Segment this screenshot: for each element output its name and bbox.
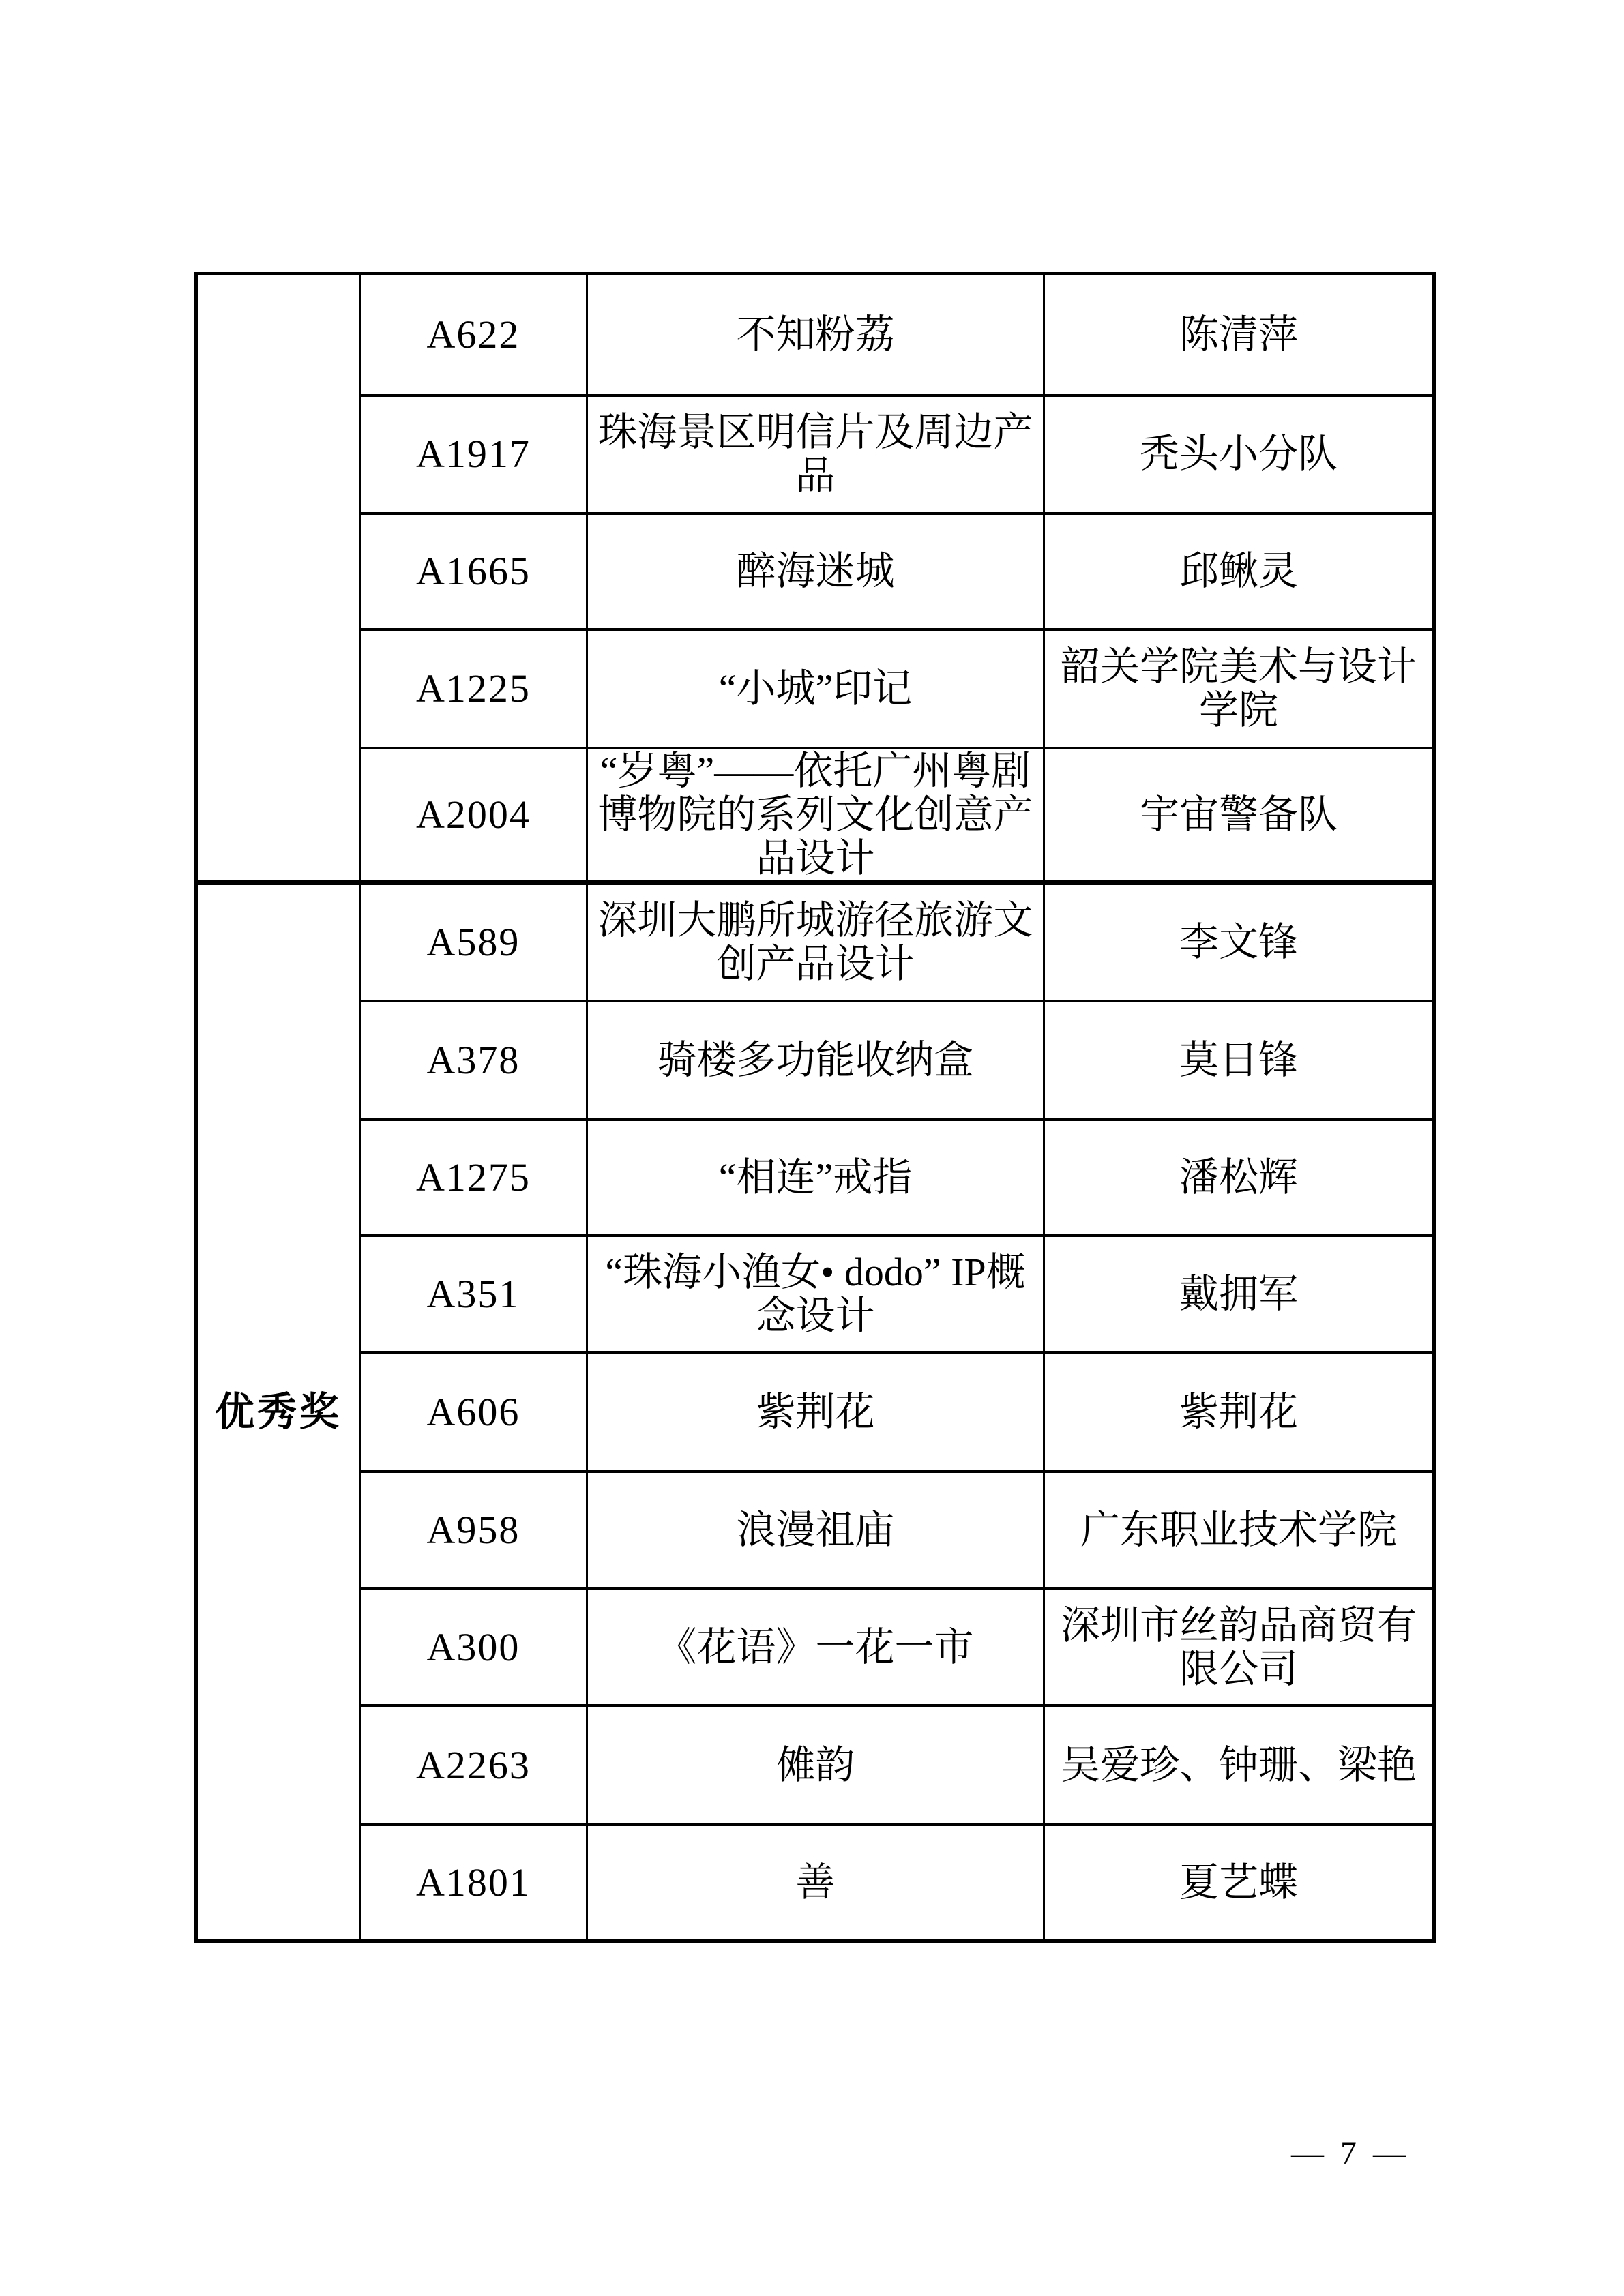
entry-code: A1275	[360, 1120, 587, 1236]
table-row: A300 《花语》一花一市 深圳市丝韵品商贸有限公司	[196, 1589, 1434, 1705]
entry-author: 李文锋	[1044, 882, 1434, 1001]
entry-title: 不知粉荔	[587, 274, 1044, 396]
entry-title: 紫荆花	[587, 1352, 1044, 1472]
awards-table: A622 不知粉荔 陈清萍 A1917 珠海景区明信片及周边产品 秃头小分队 A…	[194, 272, 1436, 1943]
entry-code: A589	[360, 882, 587, 1001]
entry-title: “小城”印记	[587, 629, 1044, 748]
entry-author: 宇宙警备队	[1044, 748, 1434, 883]
entry-author: 广东职业技术学院	[1044, 1472, 1434, 1589]
table-row: A1275 “相连”戒指 潘松辉	[196, 1120, 1434, 1236]
entry-author: 陈清萍	[1044, 274, 1434, 396]
entry-author: 深圳市丝韵品商贸有限公司	[1044, 1589, 1434, 1705]
entry-code: A606	[360, 1352, 587, 1472]
page-number: — 7 —	[1269, 2133, 1432, 2174]
entry-code: A622	[360, 274, 587, 396]
document-page: A622 不知粉荔 陈清萍 A1917 珠海景区明信片及周边产品 秃头小分队 A…	[0, 0, 1624, 2296]
table-row: 优秀奖 A589 深圳大鹏所城游径旅游文创产品设计 李文锋	[196, 882, 1434, 1001]
entry-code: A378	[360, 1001, 587, 1120]
entry-title: 傩韵	[587, 1705, 1044, 1825]
table-row: A606 紫荆花 紫荆花	[196, 1352, 1434, 1472]
entry-title: “珠海小渔女• dodo” IP概念设计	[587, 1236, 1044, 1352]
entry-code: A300	[360, 1589, 587, 1705]
entry-title: “岁粤”——依托广州粤剧博物院的系列文化创意产品设计	[587, 748, 1044, 883]
table-row: A1225 “小城”印记 韶关学院美术与设计学院	[196, 629, 1434, 748]
entry-author: 秃头小分队	[1044, 396, 1434, 513]
entry-title: 骑楼多功能收纳盒	[587, 1001, 1044, 1120]
entry-title: 善	[587, 1825, 1044, 1941]
table-row: A378 骑楼多功能收纳盒 莫日锋	[196, 1001, 1434, 1120]
award-category-cell-empty	[196, 274, 360, 883]
entry-code: A1225	[360, 629, 587, 748]
entry-code: A1917	[360, 396, 587, 513]
entry-code: A1801	[360, 1825, 587, 1941]
entry-author: 吴爱珍、钟珊、梁艳	[1044, 1705, 1434, 1825]
entry-author: 紫荆花	[1044, 1352, 1434, 1472]
table-row: A1801 善 夏艺蝶	[196, 1825, 1434, 1941]
table-row: A2263 傩韵 吴爱珍、钟珊、梁艳	[196, 1705, 1434, 1825]
table-row: A2004 “岁粤”——依托广州粤剧博物院的系列文化创意产品设计 宇宙警备队	[196, 748, 1434, 883]
entry-code: A351	[360, 1236, 587, 1352]
entry-code: A2263	[360, 1705, 587, 1825]
entry-title: 《花语》一花一市	[587, 1589, 1044, 1705]
entry-title: 珠海景区明信片及周边产品	[587, 396, 1044, 513]
entry-title: 浪漫祖庙	[587, 1472, 1044, 1589]
entry-code: A1665	[360, 513, 587, 629]
entry-author: 莫日锋	[1044, 1001, 1434, 1120]
entry-author: 韶关学院美术与设计学院	[1044, 629, 1434, 748]
table-row: A958 浪漫祖庙 广东职业技术学院	[196, 1472, 1434, 1589]
entry-code: A958	[360, 1472, 587, 1589]
entry-code: A2004	[360, 748, 587, 883]
entry-author: 戴拥军	[1044, 1236, 1434, 1352]
award-category-cell: 优秀奖	[196, 882, 360, 1941]
table-row: A351 “珠海小渔女• dodo” IP概念设计 戴拥军	[196, 1236, 1434, 1352]
table-row: A622 不知粉荔 陈清萍	[196, 274, 1434, 396]
entry-title: 醉海迷城	[587, 513, 1044, 629]
table-row: A1665 醉海迷城 邱鳅灵	[196, 513, 1434, 629]
table-row: A1917 珠海景区明信片及周边产品 秃头小分队	[196, 396, 1434, 513]
entry-title: 深圳大鹏所城游径旅游文创产品设计	[587, 882, 1044, 1001]
entry-author: 夏艺蝶	[1044, 1825, 1434, 1941]
entry-author: 邱鳅灵	[1044, 513, 1434, 629]
entry-title: “相连”戒指	[587, 1120, 1044, 1236]
entry-author: 潘松辉	[1044, 1120, 1434, 1236]
